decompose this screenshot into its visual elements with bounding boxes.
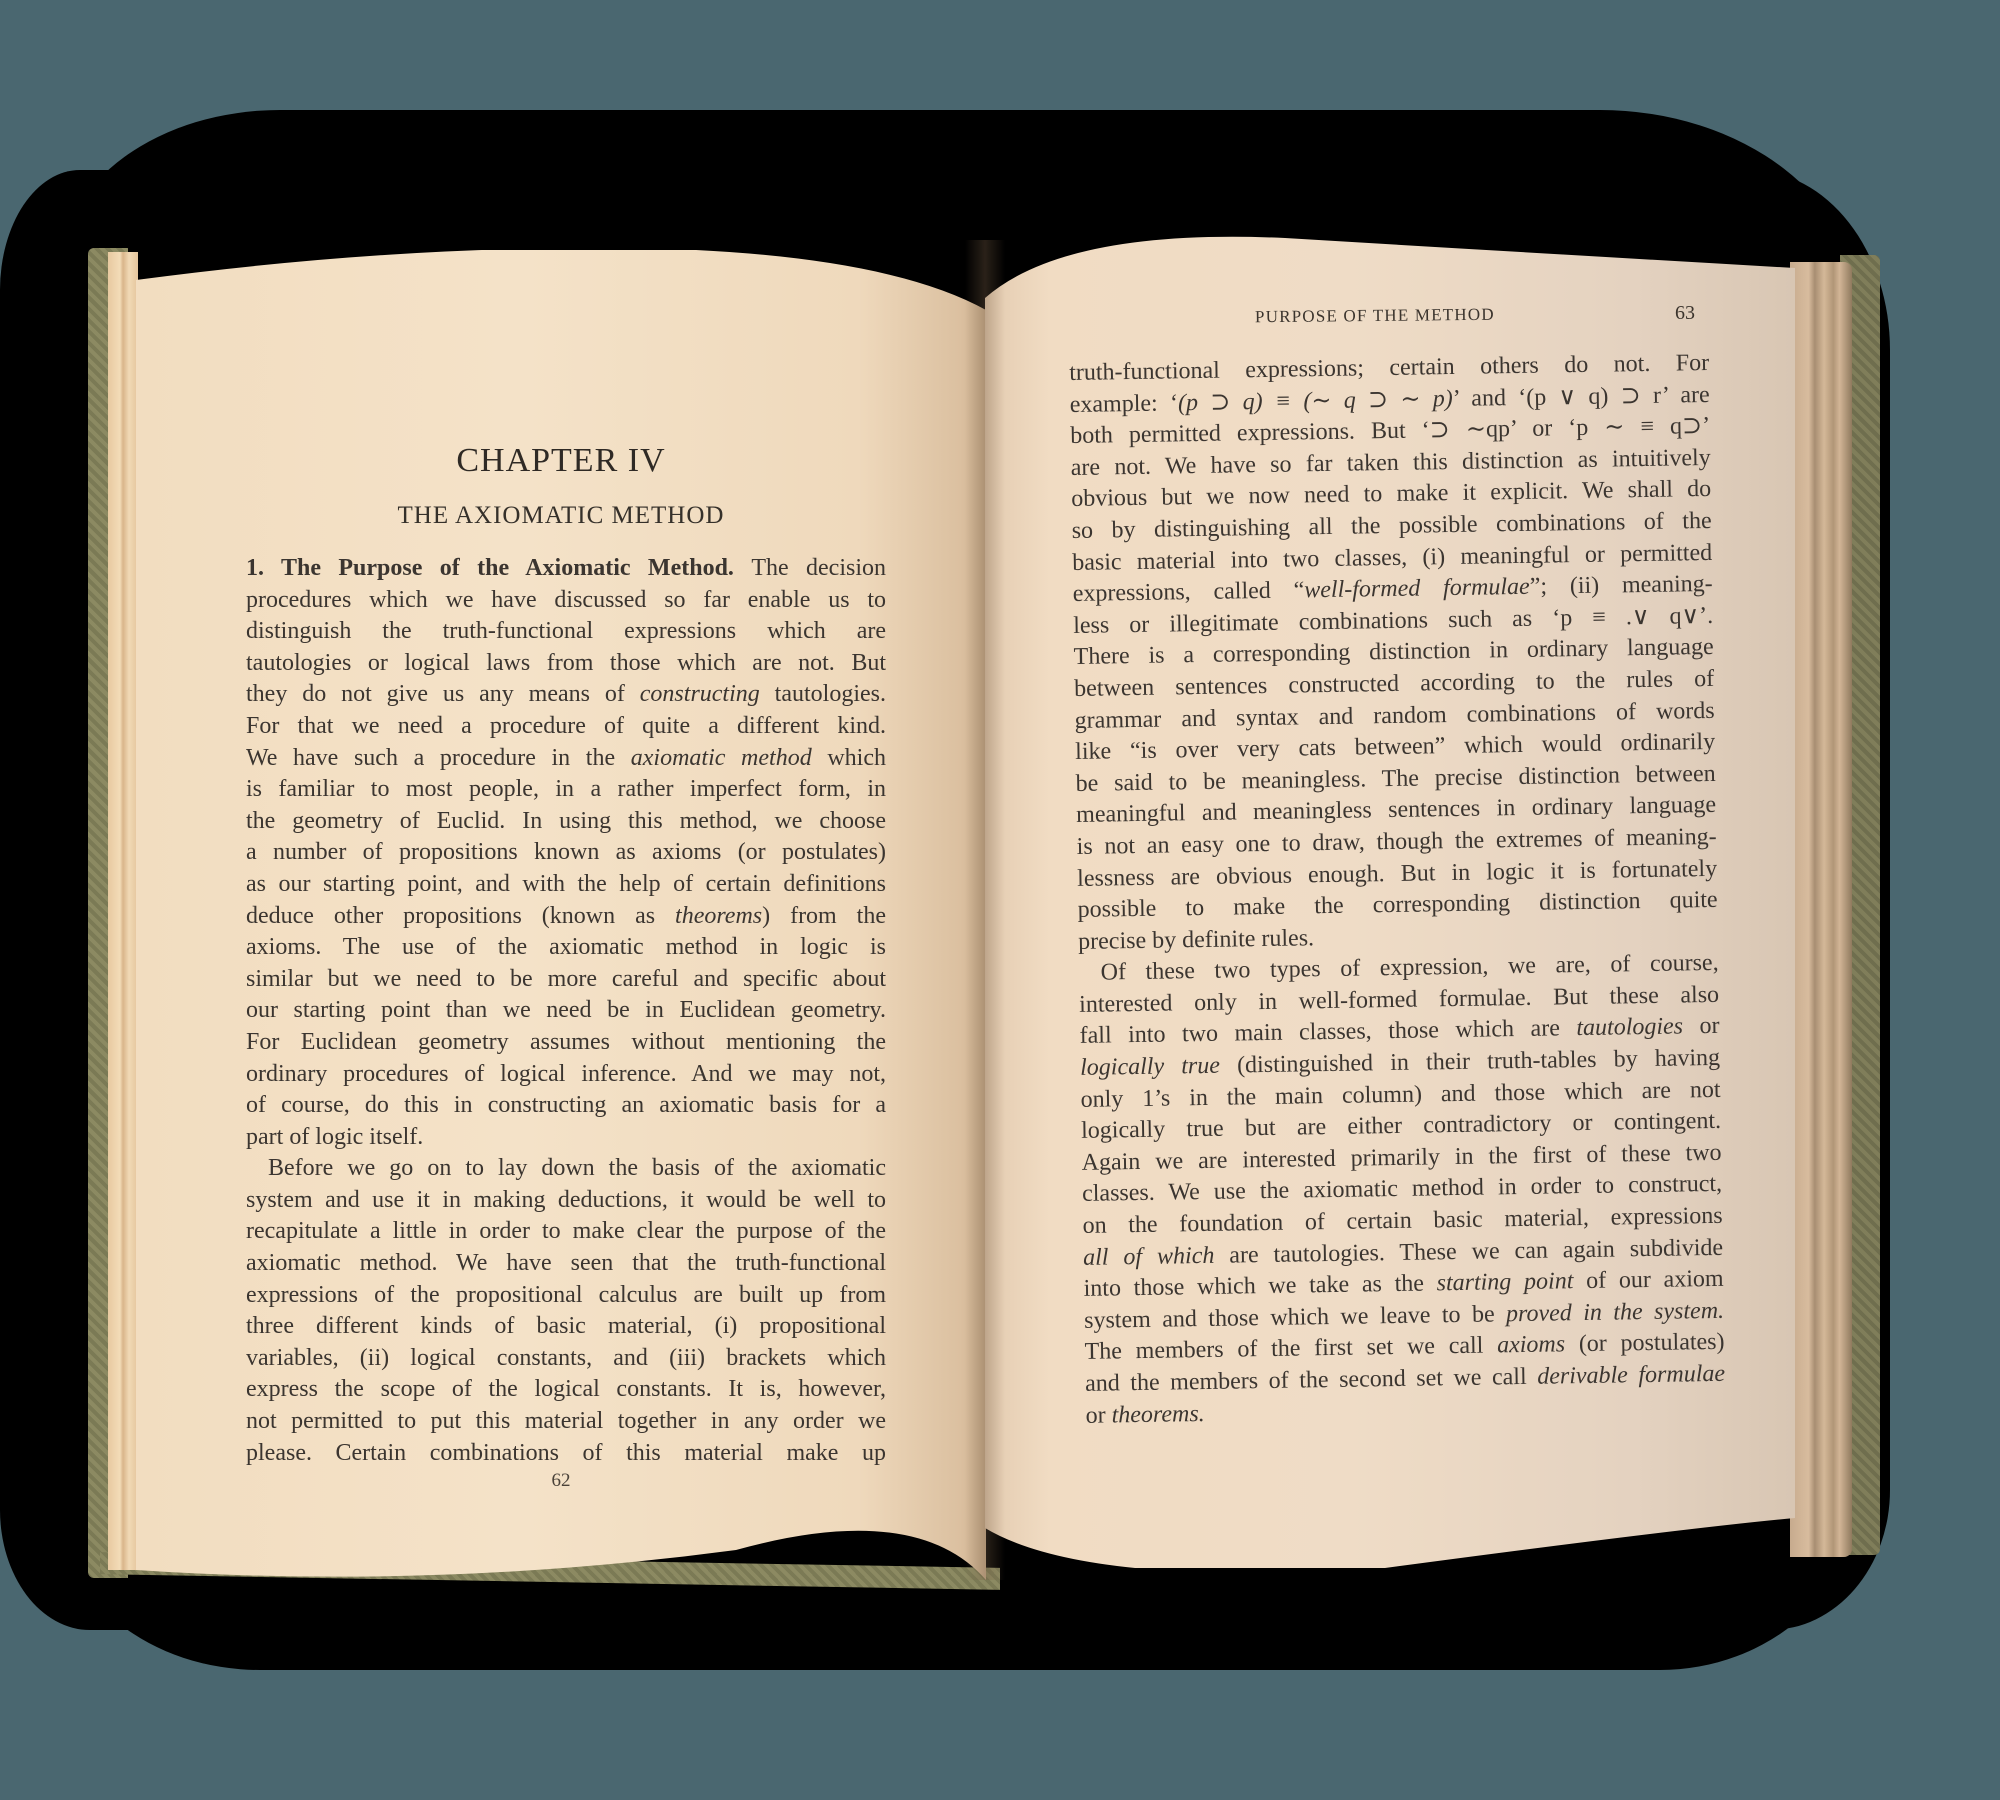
- text-line: ordinary procedures of logical inference…: [246, 1059, 886, 1091]
- page-number-right: 63: [1675, 302, 1695, 325]
- text-line: distinguish the truth-functional express…: [246, 616, 886, 648]
- right-page: PURPOSE OF THE METHOD 63 truth-functiona…: [985, 228, 1795, 1568]
- running-head: PURPOSE OF THE METHOD: [1255, 305, 1495, 328]
- emphasis: theorems.: [1111, 1401, 1204, 1428]
- page-number-left: 62: [136, 1470, 986, 1492]
- emphasis: well-formed formulae: [1304, 574, 1530, 604]
- text-line: please. Certain combinations of this mat…: [246, 1438, 886, 1470]
- text-line: they do not give us any means of constru…: [246, 679, 886, 711]
- left-page-body: 1. The Purpose of the Axiomatic Method. …: [246, 553, 886, 1469]
- text-line: similar but we need to be more careful a…: [246, 964, 886, 996]
- text-line: For Euclidean geometry assumes without m…: [246, 1027, 886, 1059]
- page-edges-right: [1790, 262, 1852, 1557]
- text-line: expressions of the propositional calculu…: [246, 1280, 886, 1312]
- emphasis: axiomatic method: [631, 745, 812, 771]
- text-line: as our starting point, and with the help…: [246, 869, 886, 901]
- text-line: axioms. The use of the axiomatic method …: [246, 932, 886, 964]
- text-line: axiomatic method. We have seen that the …: [246, 1248, 886, 1280]
- text-line: procedures which we have discussed so fa…: [246, 585, 886, 617]
- page-edges-left: [108, 252, 138, 1570]
- open-book: CHAPTER IV THE AXIOMATIC METHOD 1. The P…: [0, 0, 2000, 1800]
- text-line: three different kinds of basic material,…: [246, 1311, 886, 1343]
- text-line: system and use it in making deductions, …: [246, 1185, 886, 1217]
- text-line: the geometry of Euclid. In using this me…: [246, 806, 886, 838]
- text-line: For that we need a procedure of quite a …: [246, 711, 886, 743]
- text-line: part of logic itself.: [246, 1122, 886, 1154]
- emphasis: (p ⊃ q) ≡ (∼ q ⊃ ∼ p): [1178, 386, 1453, 416]
- text-line: 1. The Purpose of the Axiomatic Method. …: [246, 553, 886, 585]
- text-line: variables, (ii) logical constants, and (…: [246, 1343, 886, 1375]
- emphasis: axioms: [1497, 1332, 1565, 1359]
- text-line: Before we go on to lay down the basis of…: [246, 1153, 886, 1185]
- emphasis: theorems: [675, 903, 762, 929]
- emphasis: derivable formulae: [1537, 1361, 1725, 1390]
- emphasis: proved in the system.: [1506, 1298, 1724, 1327]
- emphasis: starting point: [1436, 1268, 1573, 1296]
- text-line: of course, do this in constructing an ax…: [246, 1090, 886, 1122]
- text-line: tautologies or logical laws from those w…: [246, 648, 886, 680]
- book-gutter: [965, 240, 1005, 1580]
- text-line: is familiar to most people, in a rather …: [246, 774, 886, 806]
- text-line: recapitulate a little in order to make c…: [246, 1216, 886, 1248]
- left-page: CHAPTER IV THE AXIOMATIC METHOD 1. The P…: [136, 250, 986, 1580]
- text-line: a number of propositions known as axioms…: [246, 837, 886, 869]
- text-line: express the scope of the logical constan…: [246, 1374, 886, 1406]
- right-page-body: truth-functional expressions; certain ot…: [1069, 348, 1726, 1432]
- chapter-title: THE AXIOMATIC METHOD: [136, 502, 986, 530]
- emphasis: tautologies: [1576, 1014, 1683, 1042]
- chapter-label: CHAPTER IV: [136, 442, 986, 480]
- text-line: We have such a procedure in the axiomati…: [246, 743, 886, 775]
- text-line: deduce other propositions (known as theo…: [246, 901, 886, 933]
- emphasis: all of which: [1083, 1242, 1215, 1270]
- text-line: our starting point than we need be in Eu…: [246, 995, 886, 1027]
- emphasis: constructing: [640, 681, 760, 707]
- section-heading: 1. The Purpose of the Axiomatic Method.: [246, 555, 751, 581]
- emphasis: logically true: [1080, 1053, 1220, 1081]
- text-line: not permitted to put this material toget…: [246, 1406, 886, 1438]
